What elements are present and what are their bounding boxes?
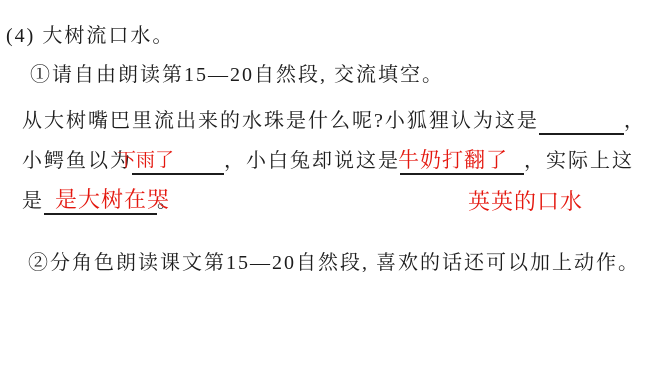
passage-punct-3: ，实际上这	[524, 147, 634, 175]
instruction-step2: ②分角色朗读课文第15—20自然段, 喜欢的话还可以加上动作。	[28, 249, 640, 277]
worksheet-page: (4) 大树流口水。 ①请自由朗读第15—20自然段, 交流填空。 从大树嘴巴里…	[0, 0, 668, 376]
handwritten-answer-note: 英英的口水	[468, 189, 583, 215]
answer-blank-fox	[539, 107, 624, 135]
handwritten-answer-crocodile: 下雨了	[117, 148, 174, 174]
passage-line-1: 从大树嘴巴里流出来的水珠是什么呢?小狐狸认为这是，	[22, 107, 646, 135]
handwritten-answer-actual: 是大树在哭	[55, 187, 170, 213]
passage-text-fox: 从大树嘴巴里流出来的水珠是什么呢?小狐狸认为这是	[22, 107, 539, 135]
instruction-step1: ①请自由朗读第15—20自然段, 交流填空。	[30, 61, 444, 89]
passage-text-rabbit: ，小白兔却说这是	[224, 147, 400, 175]
section-heading: (4) 大树流口水。	[6, 22, 174, 50]
handwritten-answer-rabbit: 牛奶打翻了	[398, 147, 508, 173]
passage-punct-1: ，	[624, 107, 646, 135]
passage-text-crocodile: 小鳄鱼以为	[22, 147, 132, 175]
passage-text-actual: 是	[22, 187, 44, 215]
passage-line-2: 小鳄鱼以为，小白兔却说这是，实际上这	[22, 147, 634, 175]
